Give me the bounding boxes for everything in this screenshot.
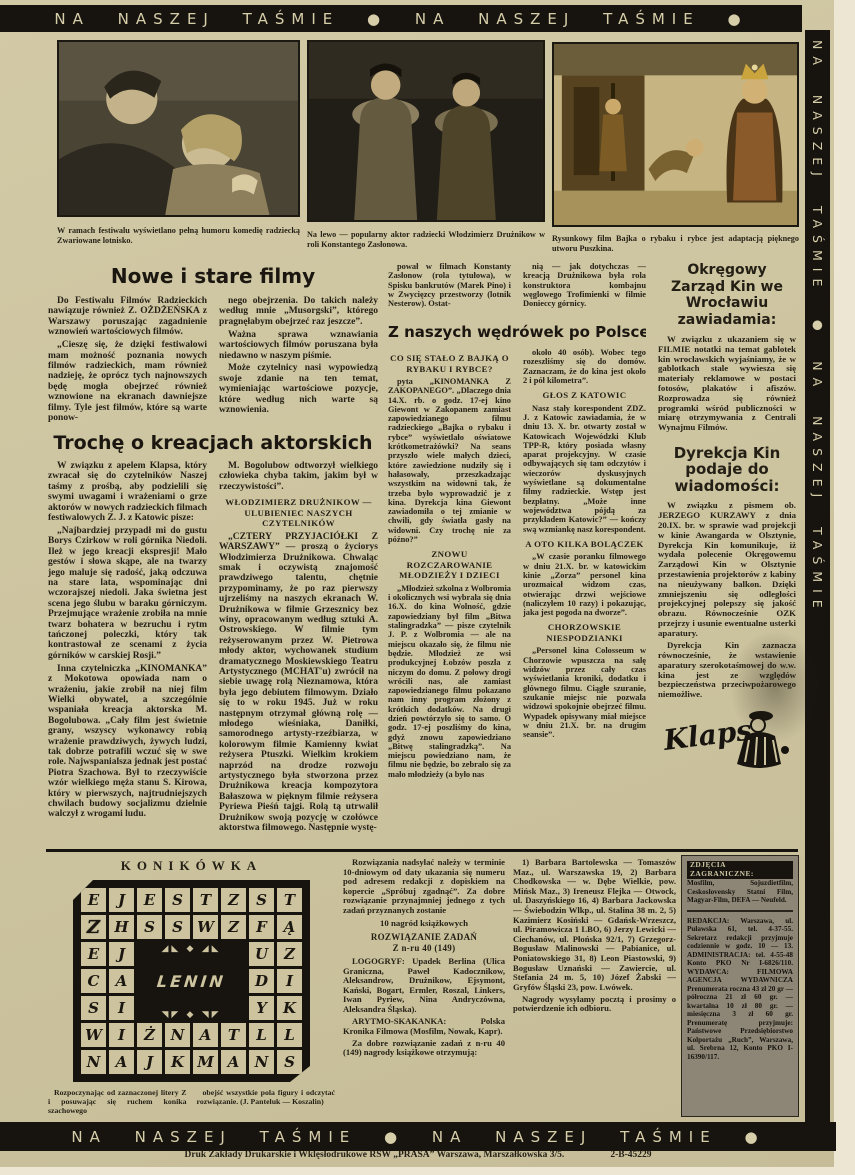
- paragraph: W związku z apelem Klapsa, który zwracał…: [48, 461, 207, 523]
- heading-nowe-i-stare-filmy: Nowe i stare filmy: [48, 264, 378, 288]
- paragraph: „Najbardziej przypadł mi do gustu Borys …: [48, 526, 207, 661]
- imprint-line: Druk Zakłady Drukarskie i Wklęsłodrukowe…: [0, 1150, 836, 1160]
- puzzle-cell: A: [109, 969, 134, 993]
- puzzle-cell: U: [249, 942, 274, 966]
- puzzle-cell: L: [277, 1023, 302, 1047]
- puzzle-cell: T: [277, 888, 302, 912]
- paragraph: „Cieszę się, że dzięki festiwalowi mam m…: [48, 340, 207, 423]
- puzzle-cell: L: [249, 1023, 274, 1047]
- paragraph: LOGOGRYF: Upadek Berlina (Ulica Graniczn…: [343, 957, 505, 1015]
- column-1b: W związku z apelem Klapsa, który zwracał…: [48, 461, 207, 848]
- puzzle-cell: S: [137, 915, 162, 939]
- solutions-column: Rozwiązania nadsyłać należy w terminie 1…: [343, 858, 505, 1120]
- puzzle-cell: Z: [221, 915, 246, 939]
- paragraph: pował w filmach Konstanty Zasłonow (rola…: [388, 262, 511, 308]
- puzzle-cell: T: [193, 888, 218, 912]
- top-banner-text: NA NASZEJ TAŚMIE ● NA NASZEJ TAŚMIE ●: [54, 10, 747, 28]
- heading-troche-o-kreacjach: Trochę o kreacjach aktorskich: [48, 432, 378, 454]
- prize-line: 10 nagród książkowych: [343, 918, 505, 928]
- puzzle-cell: J: [109, 942, 134, 966]
- lenin-center-block: ◢◣ ◆ ◢◣ LENIN ◥◤ ◆ ◥◤: [137, 942, 246, 1020]
- paragraph: Dyrekcja Kin zaznacza równocześnie, że w…: [658, 641, 796, 700]
- column-1a: Do Festiwalu Filmów Radzieckich nawiązuj…: [48, 296, 207, 424]
- puzzle-cell: C: [81, 969, 106, 993]
- right-banner-text: NA NASZEJ TAŚMIE ● NA NASZEJ TAŚMIE: [810, 40, 825, 615]
- paragraph: „W czasie poranku filmowego w dniu 21.X.…: [523, 552, 646, 617]
- puzzle-cell: N: [165, 1023, 190, 1047]
- column-2b: M. Bogolubow odtworzył wielkiego człowie…: [219, 461, 378, 848]
- photo-druznikow-zaslonow: [307, 40, 545, 222]
- puzzle-cell: A: [193, 1023, 218, 1047]
- paragraph: Ważna sprawa wznawiania wartościowych fi…: [219, 330, 378, 361]
- heading-z-naszych-wedrowek: Z naszych wędrówek po Polsce: [388, 323, 646, 341]
- winners-column: 1) Barbara Bartolewska — Tomaszów Maz., …: [513, 858, 676, 1120]
- puzzle-cell: N: [249, 1050, 274, 1074]
- puzzle-cell: A: [221, 1050, 246, 1074]
- column-4-top: nią — jak dotychczas — kreacją Drużnikow…: [523, 262, 646, 314]
- article-group-right: Okręgowy Zarząd Kin we Wrocławiu zawiada…: [658, 262, 796, 848]
- caption-left: W ramach festiwalu wyświetlano pełną hum…: [57, 226, 300, 245]
- ornament-top: ◢◣ ◆ ◢◣: [161, 943, 221, 953]
- masthead-infobox: ZDJĘCIA ZAGRANICZNE: Mosfilm, Sojuzdietf…: [681, 855, 799, 1117]
- paragraph: W związku z pismem ob. JERZEGO KURZAWY z…: [658, 501, 796, 638]
- puzzle-caption-left: Rozpoczynając od zaznaczonej litery Z i …: [48, 1089, 187, 1115]
- paragraph: pyta „KINOMANKA Z ZAKOPANEGO”. „Dlaczego…: [388, 377, 511, 544]
- paragraph: „Młodzież szkolna z Wolbromia i okoliczn…: [388, 584, 511, 779]
- column-2a: nego obejrzenia. Do takich należy według…: [219, 296, 378, 424]
- paragraph: ARYTMO-SKAKANKA: Polska Kronika Filmowa …: [343, 1017, 505, 1036]
- newspaper-page: NA NASZEJ TAŚMIE ● NA NASZEJ TAŚMIE ● NA…: [0, 0, 855, 1175]
- puzzle-cell: S: [249, 888, 274, 912]
- subheading-glos-z-katowic: GŁOS Z KATOWIC: [523, 390, 646, 401]
- paragraph: Rozwiązania nadsyłać należy w terminie 1…: [343, 858, 505, 916]
- lenin-word: LENIN: [156, 972, 227, 991]
- column-3-top: pował w filmach Konstanty Zasłonow (rola…: [388, 262, 511, 314]
- imprint-code: 2-B-45229: [610, 1150, 651, 1160]
- puzzle-cell: Y: [249, 996, 274, 1020]
- photo-bajka-o-rybaku: [552, 42, 799, 227]
- puzzle-cell: S: [165, 888, 190, 912]
- puzzle-cell: M: [193, 1050, 218, 1074]
- paragraph: Inna czytelniczka „KINOMANKA” z Mokotowa…: [48, 664, 207, 820]
- infobox-divider: [687, 910, 793, 912]
- puzzle-cell: S: [165, 915, 190, 939]
- paragraph: nią — jak dotychczas — kreacją Drużnikow…: [523, 262, 646, 308]
- puzzle-cell: K: [277, 996, 302, 1020]
- right-vertical-banner: NA NASZEJ TAŚMIE ● NA NASZEJ TAŚMIE: [805, 30, 830, 1136]
- paragraph: około 40 osób). Wobec tego rozeszliśmy s…: [523, 348, 646, 385]
- solutions-heading-line1: ROZWIĄZANIE ZADAŃ: [343, 932, 505, 943]
- konikowka-title: KONIKÓWKA: [48, 858, 335, 874]
- puzzle-cell: H: [109, 915, 134, 939]
- masthead-details: REDAKCJA: Warszawa, ul. Puławska 61, tel…: [687, 917, 793, 1062]
- puzzle-cell: K: [165, 1050, 190, 1074]
- puzzle-cell: E: [81, 942, 106, 966]
- scan-edge-bottom: [0, 1167, 855, 1175]
- scan-edge-right: [834, 0, 855, 1175]
- puzzle-cell: Ż: [137, 1023, 162, 1047]
- imprint-text: Druk Zakłady Drukarskie i Wklęsłodrukowe…: [185, 1150, 565, 1160]
- puzzle-cell: Z: [221, 888, 246, 912]
- puzzle-cell: E: [81, 888, 106, 912]
- puzzle-cell: Ą: [277, 915, 302, 939]
- paragraph: M. Bogolubow odtworzył wielkiego człowie…: [219, 461, 378, 492]
- bottom-banner-text: NA NASZEJ TAŚMIE ● NA NASZEJ TAŚMIE ●: [71, 1128, 764, 1146]
- puzzle-cell: I: [109, 1023, 134, 1047]
- paragraph: „CZTERY PRZYJACIÓŁKI Z WARSZAWY” — prosz…: [219, 532, 378, 834]
- foreign-stills-label: ZDJĘCIA ZAGRANICZNE:: [687, 861, 793, 879]
- puzzle-caption-right: obejść wszystkie pola figury i odczytać …: [197, 1089, 336, 1115]
- puzzle-cell: J: [137, 1050, 162, 1074]
- ornament-bottom: ◥◤ ◆ ◥◤: [161, 1009, 221, 1019]
- puzzle-cell: Z: [81, 915, 106, 939]
- puzzle-cell: T: [221, 1023, 246, 1047]
- puzzle-cell: Z: [277, 942, 302, 966]
- column-4: około 40 osób). Wobec tego rozeszliśmy s…: [523, 348, 646, 842]
- puzzle-cell: N: [81, 1050, 106, 1074]
- solutions-heading-line2: Z n-ru 40 (149): [343, 943, 505, 954]
- caption-right: Rysunkowy film Bajka o rybaku i rybce je…: [552, 234, 799, 253]
- subheading-druznikow: WŁODZIMIERZ DRUŻNIKOW — ULUBIENIEC NASZY…: [219, 497, 378, 529]
- subheading-rozczarowanie: ZNOWU ROZCZAROWANIE MŁODZIEŻY I DZIECI: [388, 549, 511, 581]
- puzzle-cell: I: [109, 996, 134, 1020]
- puzzle-cell: S: [277, 1050, 302, 1074]
- foreign-stills-credit: ZDJĘCIA ZAGRANICZNE: Mosfilm, Sojuzdietf…: [687, 861, 793, 905]
- article-group-left: Nowe i stare filmy Do Festiwalu Filmów R…: [48, 262, 378, 848]
- subheading-bolaczki: A OTO KILKA BOLĄCZEK: [523, 539, 646, 550]
- paragraph: Nasz stały korespondent ZDZ. J. z Katowi…: [523, 404, 646, 534]
- heading-okregowy-zarzad: Okręgowy Zarząd Kin we Wrocławiu zawiada…: [658, 262, 796, 328]
- paragraph: Za dobre rozwiązanie zadań z n-ru 40 (14…: [343, 1039, 505, 1058]
- puzzle-cell: S: [81, 996, 106, 1020]
- konikowka-puzzle: ◢◣ ◆ ◢◣ LENIN ◥◤ ◆ ◥◤ EJESTZSTZHSSWZFĄEJ…: [73, 880, 310, 1082]
- subheading-chorzowskie: CHORZOWSKIE NIESPODZIANKI: [523, 622, 646, 643]
- horizontal-rule: [46, 849, 798, 852]
- klaps-signature-illustration: Klaps: [658, 706, 796, 777]
- paragraph: Nagrody wysyłamy pocztą i prosimy o potw…: [513, 995, 676, 1014]
- caption-middle: Na lewo — popularny aktor radziecki Włod…: [307, 230, 545, 249]
- paragraph: Do Festiwalu Filmów Radzieckich nawiązuj…: [48, 296, 207, 338]
- puzzle-cell: W: [81, 1023, 106, 1047]
- top-banner: NA NASZEJ TAŚMIE ● NA NASZEJ TAŚMIE ●: [0, 5, 802, 32]
- puzzle-cell: W: [193, 915, 218, 939]
- photo-zwariowane-lotnisko: [57, 40, 300, 217]
- bottom-banner: NA NASZEJ TAŚMIE ● NA NASZEJ TAŚMIE ●: [0, 1122, 836, 1151]
- solutions-heading: ROZWIĄZANIE ZADAŃ Z n-ru 40 (149): [343, 932, 505, 953]
- paragraph: W związku z ukazaniem się w FILMIE notat…: [658, 335, 796, 433]
- column-3: CO SIĘ STAŁO Z BAJKĄ O RYBAKU I RYBCE? p…: [388, 348, 511, 842]
- puzzle-cell: E: [137, 888, 162, 912]
- klaps-signature-text: Klaps: [661, 713, 754, 757]
- puzzle-cell: I: [277, 969, 302, 993]
- puzzle-cell: F: [249, 915, 274, 939]
- paragraph: „Personel kina Colosseum w Chorzowie wpu…: [523, 646, 646, 739]
- subheading-bajka: CO SIĘ STAŁO Z BAJKĄ O RYBAKU I RYBCE?: [388, 353, 511, 374]
- paragraph: Może czytelnicy nasi wypowiedzą swoje zd…: [219, 363, 378, 415]
- foreign-stills-text: Mosfilm, Sojuzdietfilm, Ceskoslovensky S…: [687, 879, 793, 904]
- heading-dyrekcja-kin: Dyrekcja Kin podaje do wiadomości:: [658, 445, 796, 495]
- puzzle-cell: A: [109, 1050, 134, 1074]
- paragraph: nego obejrzenia. Do takich należy według…: [219, 296, 378, 327]
- article-group-middle: pował w filmach Konstanty Zasłonow (rola…: [388, 262, 646, 848]
- puzzle-cell: D: [249, 969, 274, 993]
- konikowka-section: KONIKÓWKA ◢◣ ◆ ◢◣ LENIN ◥◤ ◆ ◥◤ EJESTZST…: [48, 858, 335, 1120]
- puzzle-cell: J: [109, 888, 134, 912]
- winners-list: 1) Barbara Bartolewska — Tomaszów Maz., …: [513, 858, 676, 992]
- konikowka-grid: ◢◣ ◆ ◢◣ LENIN ◥◤ ◆ ◥◤ EJESTZSTZHSSWZFĄEJ…: [73, 880, 310, 1082]
